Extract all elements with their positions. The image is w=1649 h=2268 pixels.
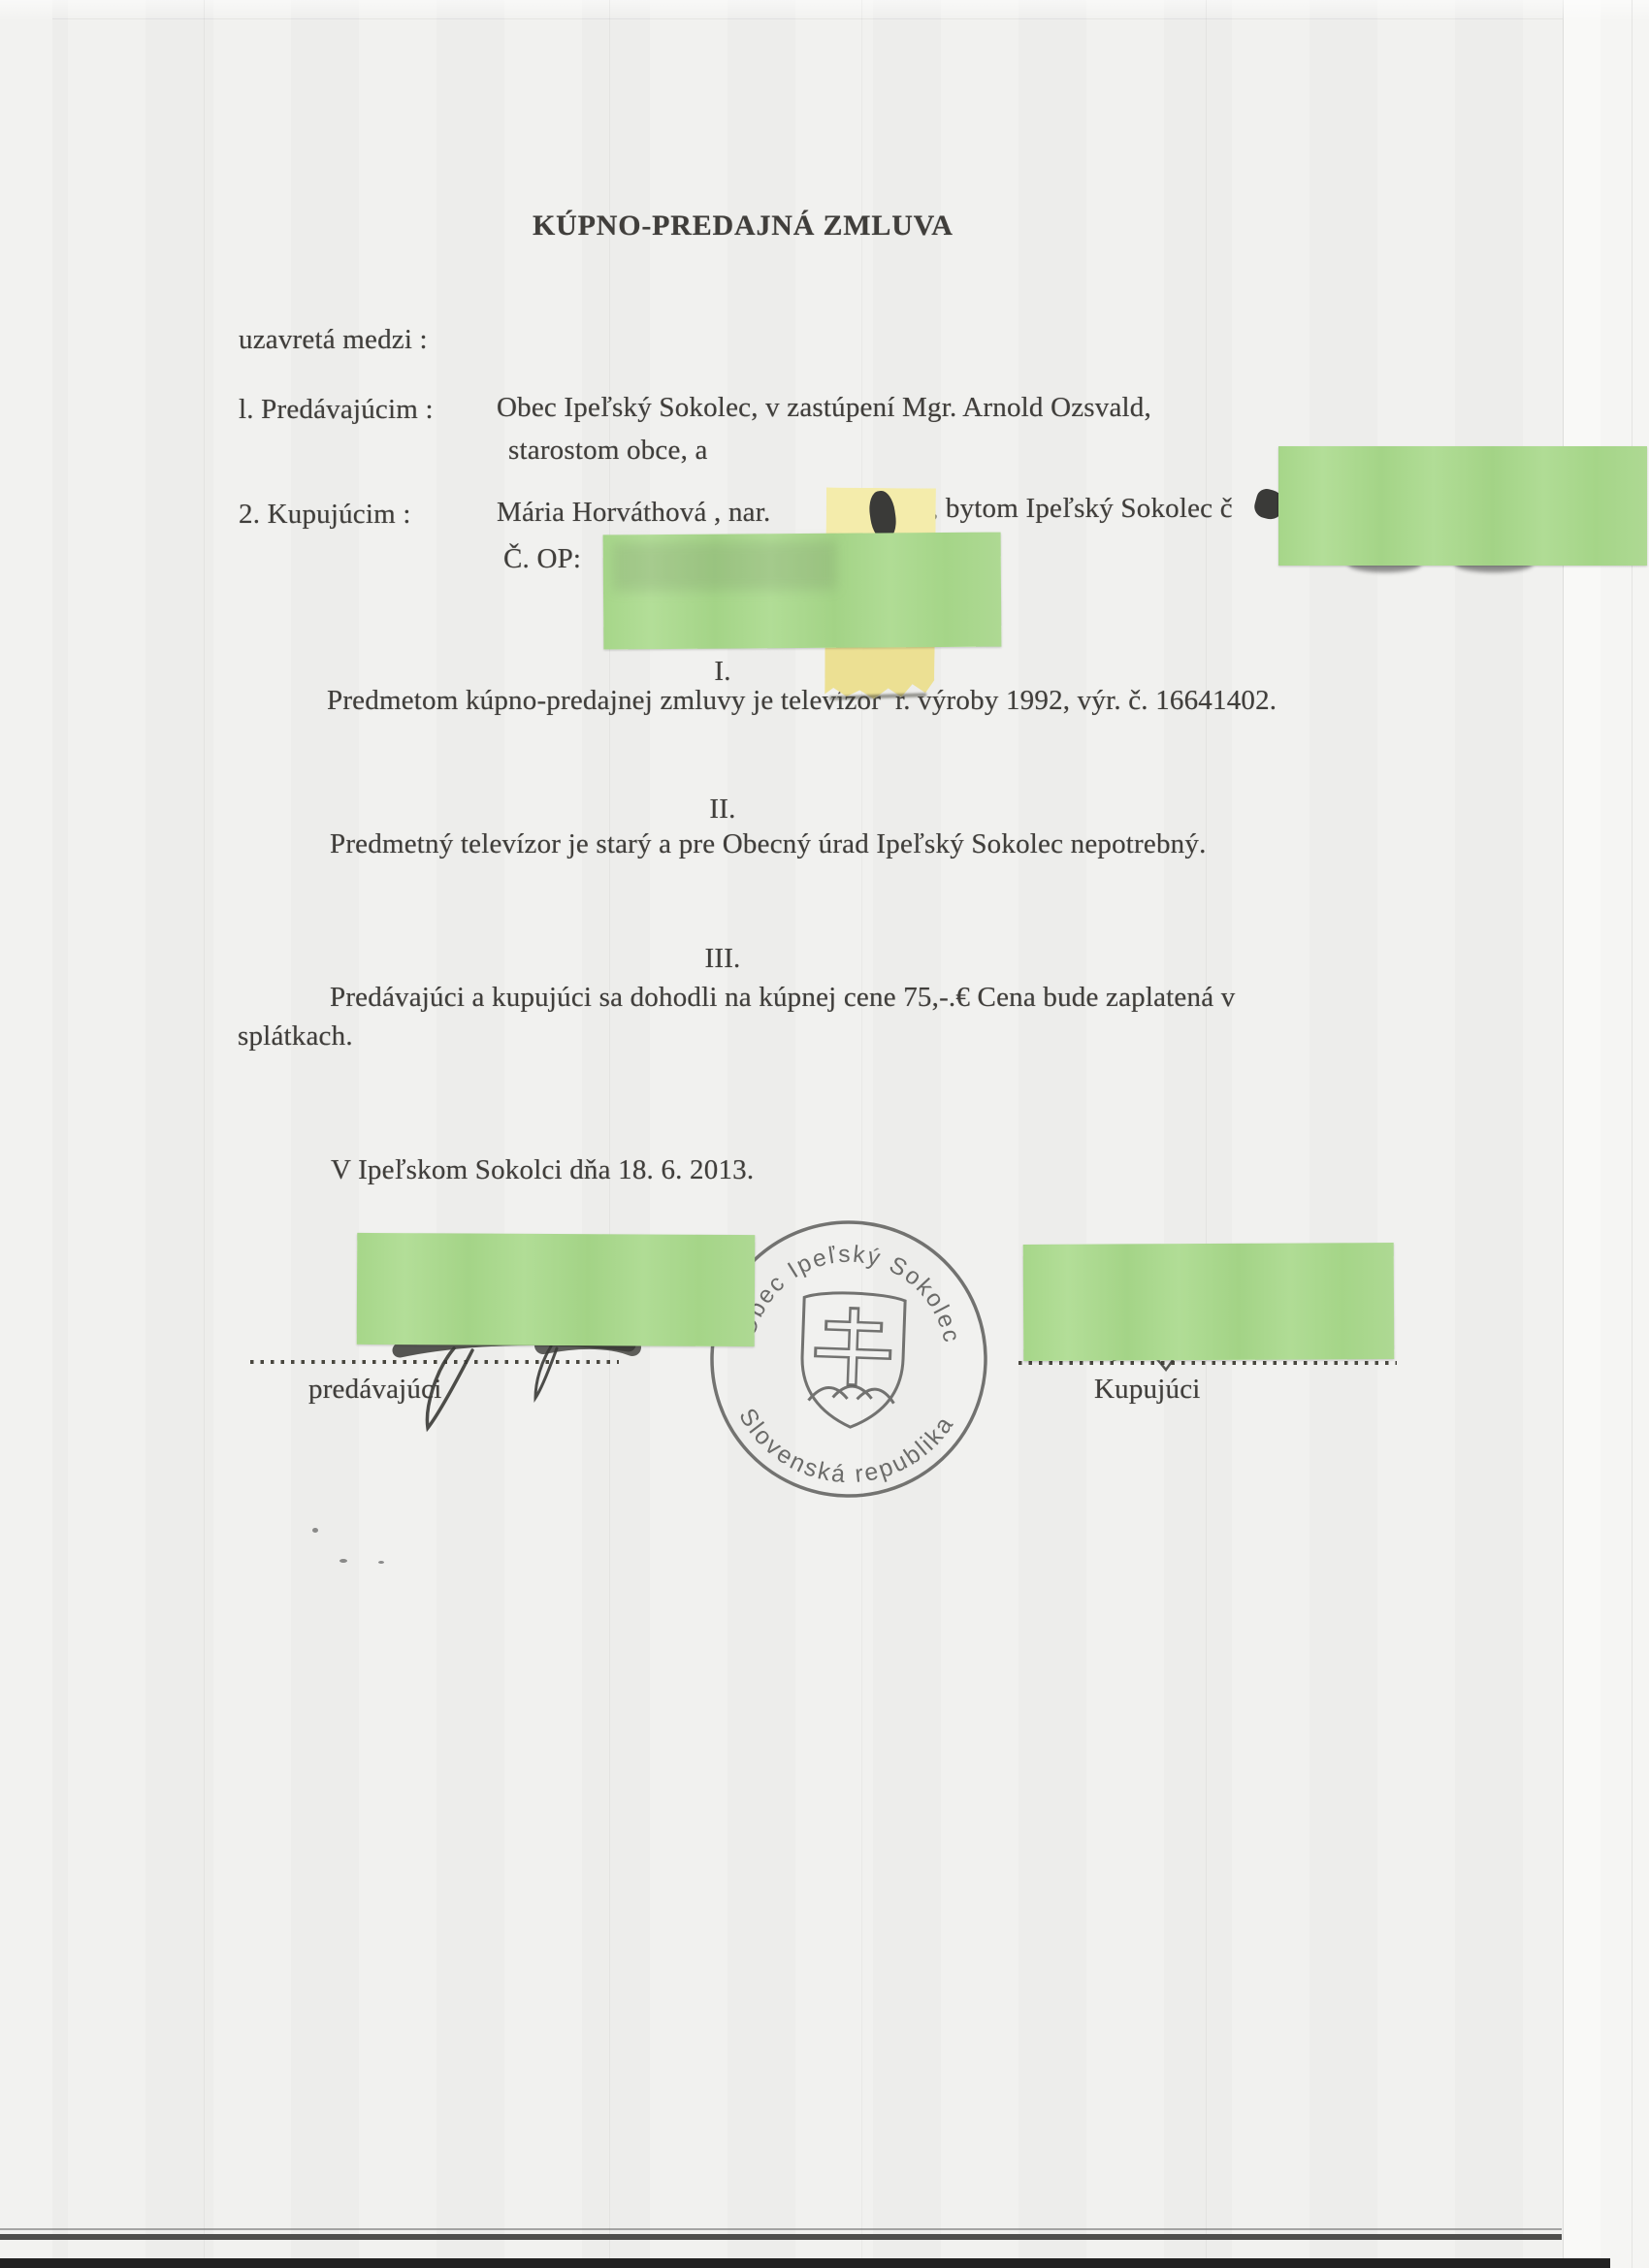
page-bottom-shadow-thick	[0, 2234, 1562, 2240]
redaction-sticker-green-buyer-signature	[1023, 1243, 1395, 1361]
sticker-shadow-smear	[613, 541, 836, 592]
seller-signature-line	[250, 1360, 619, 1364]
scan-right-edge-band	[1563, 0, 1649, 2268]
section3-heading: III.	[0, 943, 1445, 975]
seller-signature-loop	[535, 1346, 557, 1398]
buyer-signature-label: Kupujúci	[1094, 1374, 1201, 1406]
party1-line1: Obec Ipeľský Sokolec, v zastúpení Mgr. A…	[497, 392, 1151, 424]
scan-speck	[312, 1528, 318, 1533]
stamp-arc-bottom-text: Slovenská republika	[731, 1403, 960, 1492]
party2-address-fragment: , bytom Ipeľský Sokolec č	[931, 493, 1233, 525]
date-line: V Ipeľskom Sokolci dňa 18. 6. 2013.	[331, 1154, 754, 1186]
paper-fold-line	[1206, 0, 1207, 2268]
seller-signature-label: predávajúci	[308, 1374, 441, 1406]
section2-heading: II.	[0, 794, 1445, 826]
buyer-signature-line	[1018, 1361, 1397, 1365]
stamp-three-hills	[808, 1385, 894, 1404]
paper-fold-line	[204, 0, 205, 2268]
party2-id-label: Č. OP:	[503, 543, 581, 575]
scan-top-line	[52, 18, 1563, 19]
section2-text: Predmetný televízor je starý a pre Obecn…	[330, 828, 1207, 860]
paper-fold-line	[861, 0, 862, 2268]
party2-label: 2. Kupujúcim :	[239, 499, 411, 531]
party2-name: Mária Horváthová , nar.	[497, 497, 770, 529]
section1-heading: I.	[0, 656, 1445, 688]
section3-line1: Predávajúci a kupujúci sa dohodli na kúp…	[330, 982, 1235, 1014]
scan-speck	[378, 1561, 384, 1564]
section3-line2: splátkach.	[238, 1021, 353, 1053]
paper-fold-line	[1632, 0, 1633, 2268]
redaction-sticker-green-seller-signature	[357, 1233, 756, 1346]
document-title: KÚPNO-PREDAJNÁ ZMLUVA	[533, 210, 954, 243]
scanned-contract-page: KÚPNO-PREDAJNÁ ZMLUVA uzavretá medzi : l…	[0, 0, 1649, 2268]
section1-text: Predmetom kúpno-predajnej zmluvy je tele…	[327, 685, 1277, 717]
party1-line2: starostom obce, a	[508, 435, 708, 467]
page-bottom-shadow-thin	[0, 2228, 1562, 2230]
scanner-bottom-black-band	[0, 2258, 1610, 2268]
paper-fold-line	[609, 0, 610, 2268]
redaction-sticker-green-address	[1278, 446, 1647, 566]
intro-line: uzavretá medzi :	[239, 324, 428, 356]
scan-left-edge-band	[0, 0, 52, 2268]
scan-speck	[339, 1559, 347, 1563]
redaction-sticker-green-id	[603, 533, 1002, 650]
party1-label: l. Predávajúcim :	[239, 394, 434, 426]
